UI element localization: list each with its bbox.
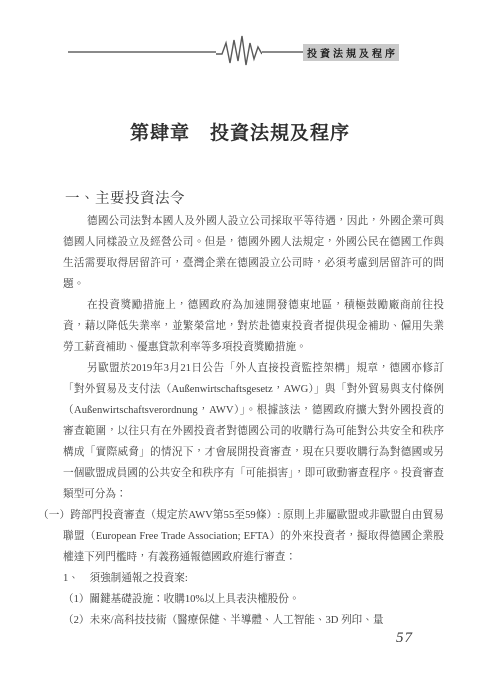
body-text: 德國公司法對本國人及外國人設立公司採取平等待遇，因此，外國企業可與德國人同樣設立… [63,211,444,631]
document-page: 投資法規及程序 第肆章 投資法規及程序 一、主要投資法令 德國公司法對本國人及外… [0,0,480,679]
sub-item-1-2: （2）未來/高科技技術（醫療保健、半導體、人工智能、3D 列印、量 [63,610,444,631]
chapter-title: 第肆章 投資法規及程序 [0,118,480,145]
header-rule-left [68,51,216,53]
header-rule-right [262,51,304,53]
list-item-1: （一）跨部門投資審查（規定於AWV第55至59條）: 原則上非屬歐盟或非歐盟自由… [63,505,444,568]
paragraph-2: 在投資獎勵措施上，德國政府為加速開發德東地區，積極鼓勵廠商前往投資，藉以降低失業… [63,295,444,358]
paragraph-1: 德國公司法對本國人及外國人設立公司採取平等待遇，因此，外國企業可與德國人同樣設立… [63,211,444,295]
paragraph-3: 另歐盟於2019年3月21日公告「外人直接投資監控架構」規章，德國亦修訂「對外貿… [63,358,444,505]
sub-item-number-1: 1、 須強制通報之投資案: [63,568,444,589]
running-head: 投資法規及程序 [303,44,399,61]
section-heading: 一、主要投資法令 [65,187,185,208]
page-number: 57 [396,630,413,647]
waveform-icon [216,35,262,69]
sub-item-1-1: （1）關鍵基礎設施：收購10%以上具表決權股份。 [63,589,444,610]
